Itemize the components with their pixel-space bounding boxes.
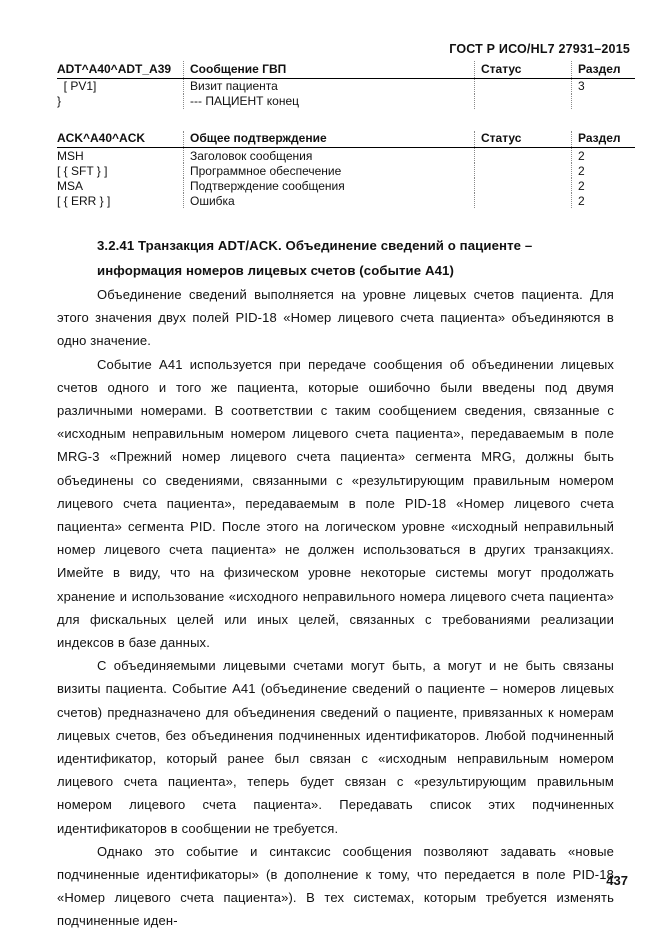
table-header-row: ADT^A40^ADT_A39 Сообщение ГВП Статус Раз… xyxy=(57,61,635,78)
section-body: Объединение сведений выполняется на уров… xyxy=(57,283,614,933)
adt-a40-message-table: ADT^A40^ADT_A39 Сообщение ГВП Статус Раз… xyxy=(57,61,635,109)
table-row: [ { ERR } ] Ошибка 2 xyxy=(57,193,635,208)
paragraph: Однако это событие и синтаксис сообщения… xyxy=(57,840,614,933)
segment-cell: [ { SFT } ] xyxy=(57,163,184,178)
ack-a40-message-table: ACK^A40^ACK Общее подтверждение Статус Р… xyxy=(57,131,635,209)
section-heading: 3.2.41 Транзакция ADT/ACK. Объединение с… xyxy=(97,233,613,283)
segment-cell: [ { ERR } ] xyxy=(57,193,184,208)
section-cell: 2 xyxy=(572,178,636,193)
column-header-section: Раздел xyxy=(572,61,636,78)
table-row: MSA Подтверждение сообщения 2 xyxy=(57,178,635,193)
column-header-description: Общее подтверждение xyxy=(184,131,475,148)
column-header-section: Раздел xyxy=(572,131,636,148)
description-cell: --- ПАЦИЕНТ конец xyxy=(184,94,475,109)
segment-cell: MSH xyxy=(57,148,184,164)
paragraph: Событие А41 используется при передаче со… xyxy=(57,353,614,655)
column-header-status: Статус xyxy=(475,131,572,148)
column-header-status: Статус xyxy=(475,61,572,78)
section-cell xyxy=(572,94,636,109)
table-row: } --- ПАЦИЕНТ конец xyxy=(57,94,635,109)
table-row: [ PV1] Визит пациента 3 xyxy=(57,78,635,94)
page-content: ГОСТ Р ИСО/HL7 27931–2015 ADT^A40^ADT_A3… xyxy=(57,42,614,933)
status-cell xyxy=(475,94,572,109)
section-cell: 2 xyxy=(572,193,636,208)
paragraph: Объединение сведений выполняется на уров… xyxy=(57,283,614,353)
status-cell xyxy=(475,163,572,178)
segment-cell: } xyxy=(57,94,184,109)
segment-cell: [ PV1] xyxy=(57,78,184,94)
status-cell xyxy=(475,78,572,94)
description-cell: Заголовок сообщения xyxy=(184,148,475,164)
column-header-description: Сообщение ГВП xyxy=(184,61,475,78)
paragraph: С объединяемыми лицевыми счетами могут б… xyxy=(57,654,614,840)
column-header-message-type: ADT^A40^ADT_A39 xyxy=(57,61,184,78)
table-header-row: ACK^A40^ACK Общее подтверждение Статус Р… xyxy=(57,131,635,148)
description-cell: Визит пациента xyxy=(184,78,475,94)
document-page: ГОСТ Р ИСО/HL7 27931–2015 ADT^A40^ADT_A3… xyxy=(0,0,661,935)
table-row: MSH Заголовок сообщения 2 xyxy=(57,148,635,164)
running-header: ГОСТ Р ИСО/HL7 27931–2015 xyxy=(57,42,630,56)
section-cell: 3 xyxy=(572,78,636,94)
description-cell: Ошибка xyxy=(184,193,475,208)
column-header-message-type: ACK^A40^ACK xyxy=(57,131,184,148)
description-cell: Программное обеспечение xyxy=(184,163,475,178)
status-cell xyxy=(475,148,572,164)
segment-cell: MSA xyxy=(57,178,184,193)
status-cell xyxy=(475,178,572,193)
table-row: [ { SFT } ] Программное обеспечение 2 xyxy=(57,163,635,178)
section-cell: 2 xyxy=(572,163,636,178)
page-number: 437 xyxy=(606,873,628,888)
description-cell: Подтверждение сообщения xyxy=(184,178,475,193)
status-cell xyxy=(475,193,572,208)
section-cell: 2 xyxy=(572,148,636,164)
